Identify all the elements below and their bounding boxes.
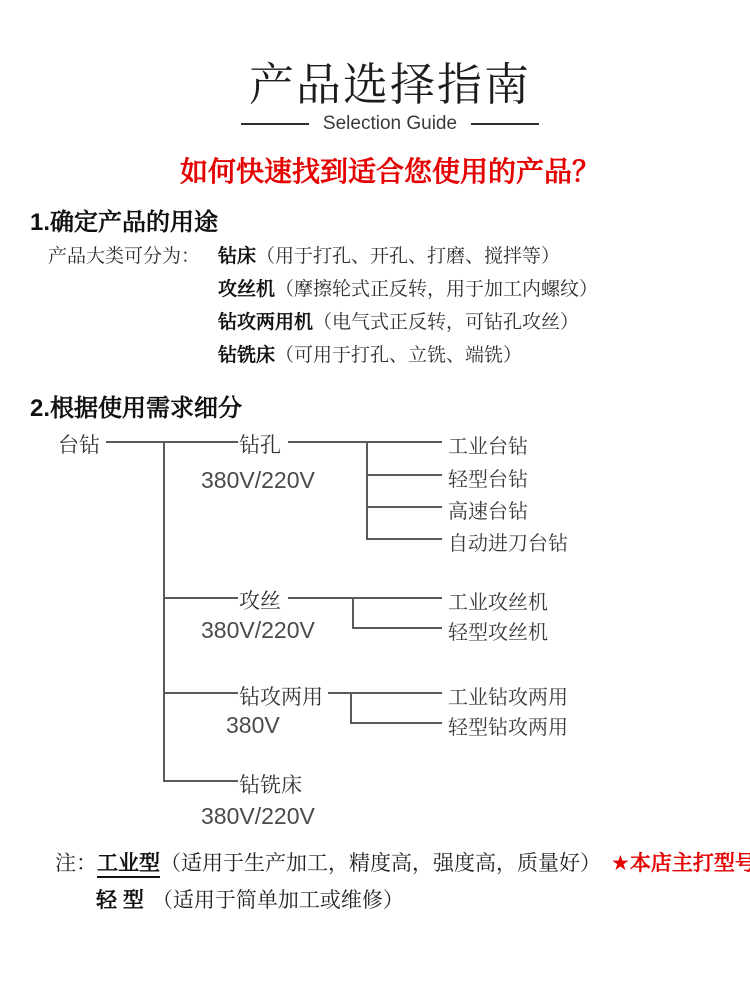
category-name: 钻铣床	[218, 345, 275, 366]
tree-root-label: 台钻	[58, 429, 100, 459]
note-industrial-label: 工业型	[97, 852, 160, 878]
note-light-desc: （适用于简单加工或维修）	[152, 889, 404, 912]
category-item: 攻丝机（摩擦轮式正反转，用于加工内螺纹）	[218, 273, 598, 306]
category-list: 钻床（用于打孔、开孔、打磨、搅拌等） 攻丝机（摩擦轮式正反转，用于加工内螺纹） …	[218, 240, 598, 372]
tree-branch-label: 攻丝	[239, 585, 281, 615]
tree-line	[350, 722, 442, 724]
tree-line	[352, 597, 354, 628]
tree-line	[163, 780, 238, 782]
red-question-heading: 如何快速找到适合您使用的产品？	[15, 150, 750, 190]
section2-heading: 2.根据使用需求细分	[30, 388, 242, 423]
tree-line	[366, 441, 442, 443]
tree-branch-voltage: 380V/220V	[201, 803, 315, 830]
category-intro-label: 产品大类可分为：	[48, 240, 200, 273]
tree-leaf-label: 轻型攻丝机	[448, 616, 548, 645]
category-block: 产品大类可分为： 钻床（用于打孔、开孔、打磨、搅拌等） 攻丝机（摩擦轮式正反转，…	[48, 240, 598, 372]
tree-branch-label: 钻攻两用	[239, 681, 323, 711]
category-name: 攻丝机	[218, 279, 275, 300]
note-highlight-star: ★本店主打型号	[611, 852, 750, 875]
category-desc: （可用于打孔、立铣、端铣）	[275, 345, 522, 366]
footnotes: 注：工业型（适用于生产加工，精度高，强度高，质量好）★本店主打型号 轻 型（适用…	[55, 851, 750, 914]
page-title: 产品选择指南	[15, 48, 750, 113]
note-prefix: 注：	[55, 852, 97, 875]
tree-line	[163, 597, 238, 599]
note-industrial-desc: （适用于生产加工，精度高，强度高，质量好）	[160, 852, 601, 875]
tree-branch-voltage: 380V	[226, 712, 280, 739]
tree-leaf-label: 工业台钻	[448, 430, 528, 459]
tree-trunk-line	[163, 441, 165, 781]
selection-tree-diagram: 台钻 钻孔 380V/220V 工业台钻 轻型台钻 高速台钻 自动进刀台钻 攻丝…	[0, 425, 750, 835]
subtitle-text: Selection Guide	[323, 113, 457, 135]
subtitle-right-rule	[471, 123, 539, 125]
category-desc: （用于打孔、开孔、打磨、搅拌等）	[256, 246, 560, 267]
tree-leaf-label: 高速台钻	[448, 495, 528, 524]
tree-line	[352, 627, 442, 629]
note-light: 轻 型（适用于简单加工或维修）	[55, 888, 750, 914]
category-item: 钻床（用于打孔、开孔、打磨、搅拌等）	[218, 240, 598, 273]
tree-leaf-label: 自动进刀台钻	[448, 527, 568, 556]
tree-root-connector-line	[106, 441, 238, 443]
tree-leaf-label: 工业钻攻两用	[448, 681, 568, 710]
tree-leaf-label: 轻型钻攻两用	[448, 711, 568, 740]
tree-line	[366, 441, 368, 539]
note-light-label: 轻 型	[96, 889, 144, 912]
category-item: 钻攻两用机（电气式正反转，可钻孔攻丝）	[218, 306, 598, 339]
subtitle-row: Selection Guide	[15, 113, 750, 135]
tree-leaf-label: 轻型台钻	[448, 463, 528, 492]
tree-line	[350, 692, 352, 723]
tree-line	[163, 692, 238, 694]
tree-branch-label: 钻孔	[239, 429, 281, 459]
category-item: 钻铣床（可用于打孔、立铣、端铣）	[218, 339, 598, 372]
tree-line	[366, 538, 442, 540]
tree-line	[352, 597, 442, 599]
category-name: 钻床	[218, 246, 256, 267]
tree-line	[366, 474, 442, 476]
section1-heading: 1.确定产品的用途	[30, 202, 218, 237]
tree-leaf-label: 工业攻丝机	[448, 586, 548, 615]
subtitle-left-rule	[241, 123, 309, 125]
tree-branch-voltage: 380V/220V	[201, 617, 315, 644]
category-name: 钻攻两用机	[218, 312, 313, 333]
tree-branch-voltage: 380V/220V	[201, 467, 315, 494]
tree-line	[288, 441, 366, 443]
tree-branch-label: 钻铣床	[239, 769, 302, 799]
category-desc: （摩擦轮式正反转，用于加工内螺纹）	[275, 279, 598, 300]
category-desc: （电气式正反转，可钻孔攻丝）	[313, 312, 579, 333]
tree-line	[350, 692, 442, 694]
tree-line	[366, 506, 442, 508]
selection-guide-page: 产品选择指南 Selection Guide 如何快速找到适合您使用的产品？ 1…	[0, 0, 750, 1000]
note-industrial: 注：工业型（适用于生产加工，精度高，强度高，质量好）★本店主打型号	[55, 851, 750, 877]
tree-line	[288, 597, 352, 599]
tree-line	[328, 692, 350, 694]
